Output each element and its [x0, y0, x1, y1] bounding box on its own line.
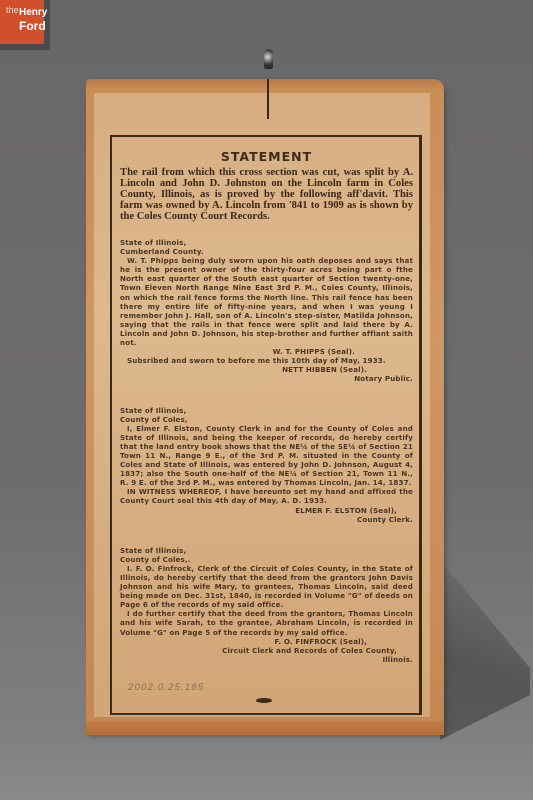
wooden-board: STATEMENT The rail from which this cross…: [86, 79, 444, 735]
certificate-body: I. F. O. Finfrock, Clerk of the Circuit …: [120, 564, 413, 609]
venue-state: State of Illinois,: [120, 406, 413, 415]
logo-text-ford: Ford: [19, 20, 46, 32]
venue-county: County of Coles,.: [120, 555, 413, 564]
hanging-hook-icon: [264, 49, 273, 69]
wood-crack: [267, 79, 269, 119]
signer-title: Circuit Clerk and Records of Coles Count…: [120, 646, 413, 655]
floor-surface: [0, 735, 533, 800]
document-title: STATEMENT: [120, 149, 413, 164]
logo-text-the: the: [6, 6, 19, 15]
accession-number: 2002.0.25.185: [128, 682, 204, 693]
certificate-body: I, Elmer F. Elston, County Clerk in and …: [120, 424, 413, 488]
document-content: STATEMENT The rail from which this cross…: [120, 145, 413, 664]
intro-paragraph: The rail from which this cross section w…: [120, 167, 413, 222]
signer-place: Illinois.: [120, 655, 413, 664]
notary-name: NETT HIBBEN (Seal).: [120, 365, 413, 374]
affidavit-phipps: State of Illinois, Cumberland County. W.…: [120, 238, 413, 384]
certificate-elston: State of Illinois, County of Coles, I, E…: [120, 406, 413, 524]
board-shadow: [440, 560, 530, 740]
venue-county: Cumberland County.: [120, 247, 413, 256]
signer-title: County Clerk.: [120, 515, 413, 524]
witness-clause: IN WITNESS WHEREOF, I have hereunto set …: [120, 487, 413, 505]
board-top-edge: [86, 79, 444, 89]
venue-county: County of Coles,: [120, 415, 413, 424]
logo-text-henry: Henry: [19, 8, 47, 18]
attestation: Subsribed and sworn to before me this 10…: [120, 356, 413, 365]
board-bottom-edge: [86, 721, 444, 735]
certificate-finfrock: State of Illinois, County of Coles,. I. …: [120, 546, 413, 664]
document-frame: STATEMENT The rail from which this cross…: [110, 135, 422, 715]
henry-ford-logo: the Henry Ford: [0, 0, 50, 50]
paper-label: STATEMENT The rail from which this cross…: [94, 93, 430, 717]
logo-badge: the Henry Ford: [0, 0, 44, 44]
venue-state: State of Illinois,: [120, 238, 413, 247]
signature: W. T. PHIPPS (Seal).: [120, 347, 413, 356]
certificate-body-2: I do further certify that the deed from …: [120, 609, 413, 636]
affidavit-body: W. T. Phipps being duly sworn upon his o…: [120, 256, 413, 347]
signature: F. O. FINFROCK (Seal),: [120, 637, 413, 646]
ornament-icon: [256, 698, 272, 703]
signature: ELMER F. ELSTON (Seal),: [120, 506, 413, 515]
notary-title: Notary Public.: [120, 374, 413, 383]
venue-state: State of Illinois,: [120, 546, 413, 555]
